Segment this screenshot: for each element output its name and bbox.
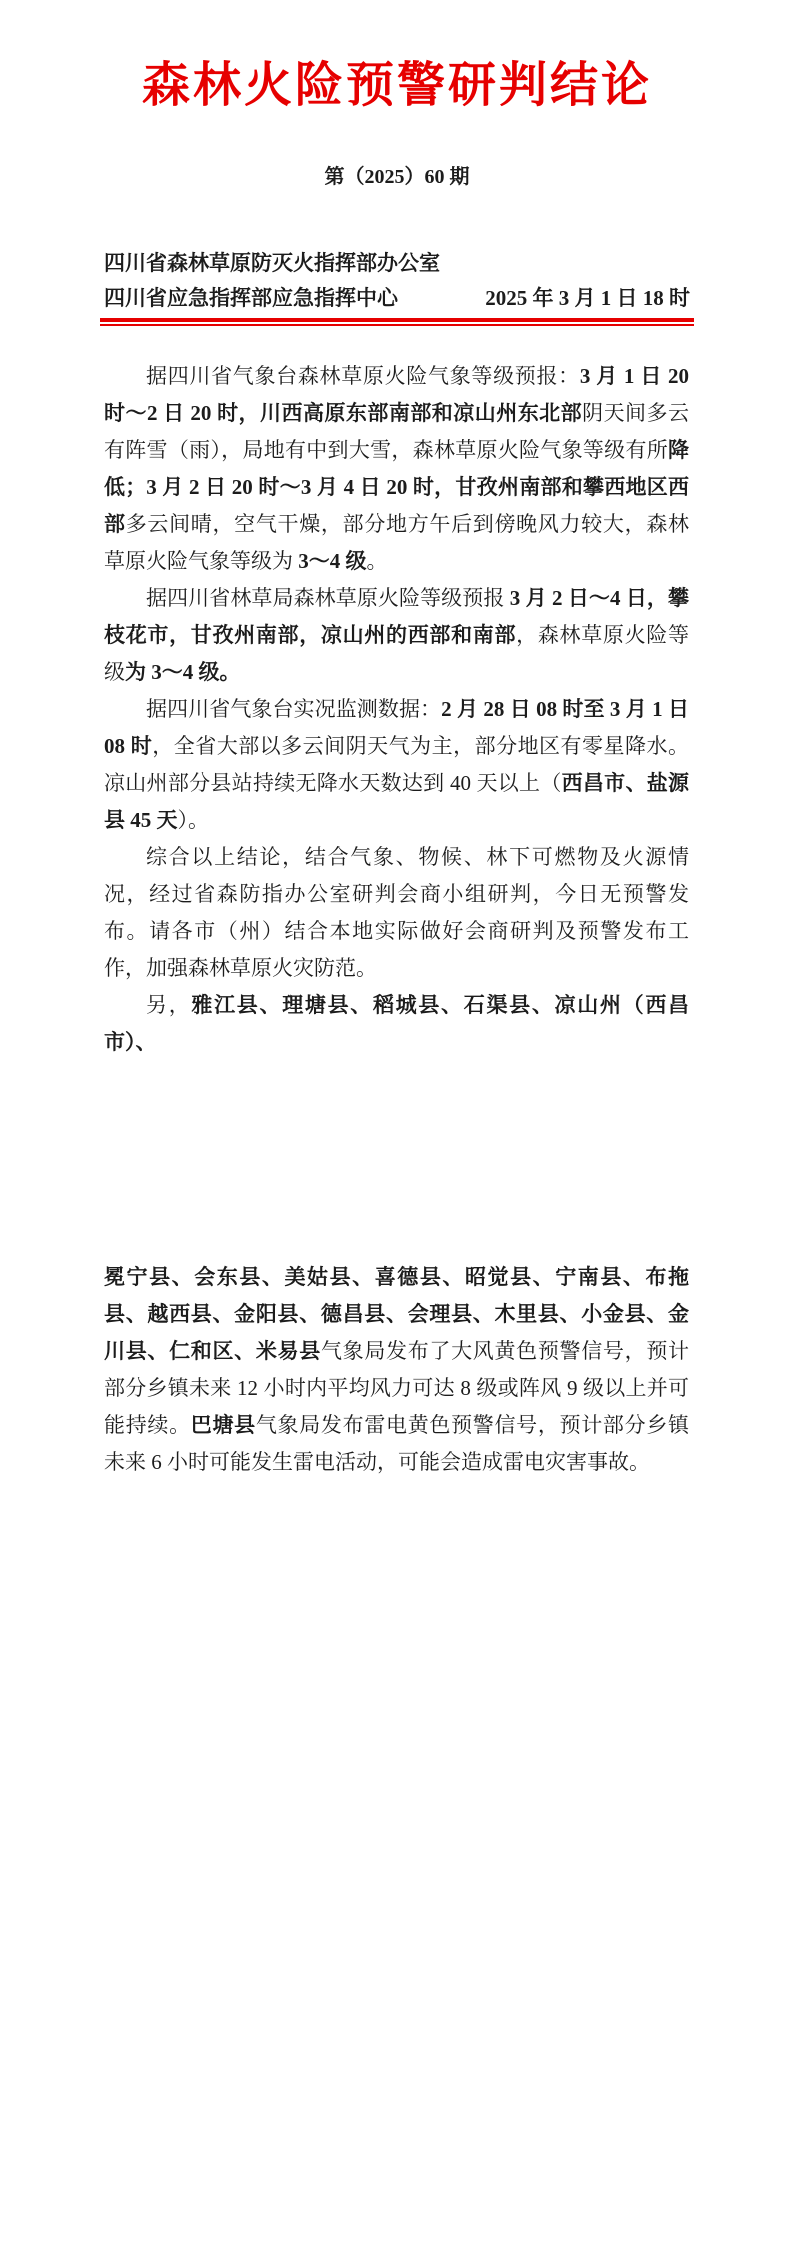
red-divider-rule (100, 318, 694, 326)
body-paragraph: 综合以上结论，结合气象、物候、林下可燃物及火源情况，经过省森防指办公室研判会商小… (104, 839, 689, 987)
text-segment: ）。 (178, 808, 210, 832)
text-segment: 据四川省气象台实况监测数据： (146, 697, 441, 721)
document-title: 森林火险预警研判结论 (0, 60, 794, 112)
text-segment: 为 3～4 级。 (125, 660, 241, 684)
text-segment: 据四川省气象台森林草原火险气象等级预报： (146, 364, 580, 388)
issue-datetime: 2025 年 3 月 1 日 18 时 (485, 281, 690, 316)
body-paragraph: 另，雅江县、理塘县、稻城县、石渠县、凉山州（西昌市）、 (104, 987, 689, 1061)
header-row-2: 四川省应急指挥部应急指挥中心 2025 年 3 月 1 日 18 时 (104, 281, 690, 316)
text-segment: 。 (367, 549, 388, 573)
document-body: 据四川省气象台森林草原火险气象等级预报：3 月 1 日 20 时～2 日 20 … (104, 358, 689, 1481)
org-line-2: 四川省应急指挥部应急指挥中心 (104, 281, 398, 316)
text-segment: 巴塘县 (191, 1413, 256, 1437)
body-paragraph: 据四川省气象台森林草原火险气象等级预报：3 月 1 日 20 时～2 日 20 … (104, 358, 689, 580)
text-segment: 综合以上结论，结合气象、物候、林下可燃物及火源情况，经过省森防指办公室研判会商小… (104, 845, 689, 980)
body-paragraph: 据四川省林草局森林草原火险等级预报 3 月 2 日～4 日，攀枝花市，甘孜州南部… (104, 580, 689, 691)
text-segment: 另， (146, 993, 191, 1017)
text-segment: 据四川省林草局森林草原火险等级预报 (146, 586, 510, 610)
text-segment: 3～4 级 (298, 549, 366, 573)
text-segment: 雅江县、理塘县、稻城县、石渠县、凉山州（西昌市）、 (104, 993, 689, 1054)
text-segment: 多云间晴，空气干燥，部分地方午后到傍晚风力较大，森林草原火险气象等级为 (104, 512, 689, 573)
body-paragraph: 冕宁县、会东县、美姑县、喜德县、昭觉县、宁南县、布拖县、越西县、金阳县、德昌县、… (104, 1259, 689, 1481)
header-row-1: 四川省森林草原防灭火指挥部办公室 (104, 246, 690, 281)
org-line-1: 四川省森林草原防灭火指挥部办公室 (104, 246, 440, 281)
header-block: 四川省森林草原防灭火指挥部办公室 四川省应急指挥部应急指挥中心 2025 年 3… (104, 246, 690, 316)
body-paragraph: 据四川省气象台实况监测数据：2 月 28 日 08 时至 3 月 1 日 08 … (104, 691, 689, 839)
issue-number: 第（2025）60 期 (0, 164, 794, 190)
document-page: 森林火险预警研判结论 第（2025）60 期 四川省森林草原防灭火指挥部办公室 … (0, 0, 794, 2246)
